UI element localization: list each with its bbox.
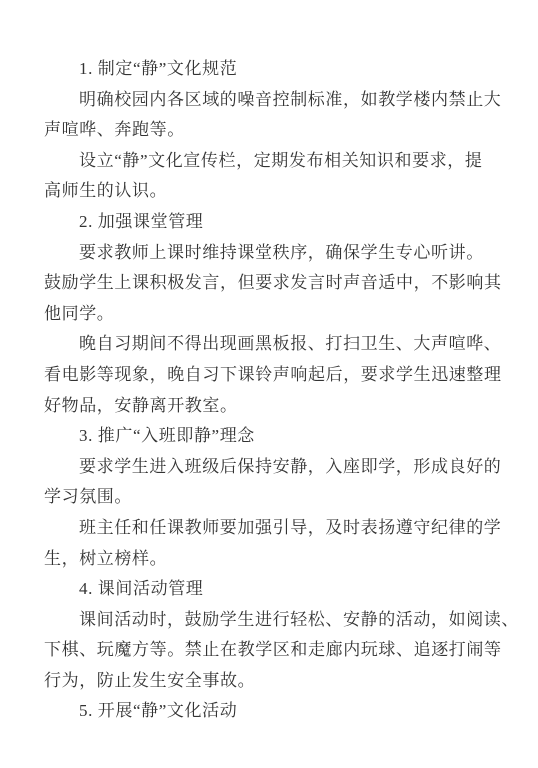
document-line: 好物品，安静离开教室。 <box>44 391 496 422</box>
section-heading-line: 5. 开展“静”文化活动 <box>44 696 496 727</box>
document-line: 高师生的认识。 <box>44 176 496 207</box>
section-heading-line: 2. 加强课堂管理 <box>44 207 496 238</box>
document-page: 1. 制定“静”文化规范明确校园内各区域的噪音控制标准，如教学楼内禁止大声喧哗、… <box>0 0 538 768</box>
document-line: 课间活动时，鼓励学生进行轻松、安静的活动，如阅读、 <box>44 605 496 636</box>
document-line: 行为，防止发生安全事故。 <box>44 666 496 697</box>
section-heading-line: 3. 推广“入班即静”理念 <box>44 421 496 452</box>
section-heading-line: 1. 制定“静”文化规范 <box>44 54 496 85</box>
document-text-block: 1. 制定“静”文化规范明确校园内各区域的噪音控制标准，如教学楼内禁止大声喧哗、… <box>44 54 496 727</box>
document-line: 晚自习期间不得出现画黑板报、打扫卫生、大声喧哗、 <box>44 329 496 360</box>
document-line: 要求学生进入班级后保持安静，入座即学，形成良好的 <box>44 452 496 483</box>
document-line: 班主任和任课教师要加强引导，及时表扬遵守纪律的学 <box>44 513 496 544</box>
document-line: 明确校园内各区域的噪音控制标准，如教学楼内禁止大 <box>44 85 496 116</box>
document-line: 学习氛围。 <box>44 482 496 513</box>
document-line: 看电影等现象，晚自习下课铃声响起后，要求学生迅速整理 <box>44 360 496 391</box>
document-line: 他同学。 <box>44 299 496 330</box>
document-line: 设立“静”文化宣传栏，定期发布相关知识和要求，提 <box>44 146 496 177</box>
document-line: 下棋、玩魔方等。禁止在教学区和走廊内玩球、追逐打闹等 <box>44 635 496 666</box>
section-heading-line: 4. 课间活动管理 <box>44 574 496 605</box>
document-line: 要求教师上课时维持课堂秩序，确保学生专心听讲。 <box>44 238 496 269</box>
document-line: 声喧哗、奔跑等。 <box>44 115 496 146</box>
document-line: 生，树立榜样。 <box>44 544 496 575</box>
document-line: 鼓励学生上课积极发言，但要求发言时声音适中，不影响其 <box>44 268 496 299</box>
